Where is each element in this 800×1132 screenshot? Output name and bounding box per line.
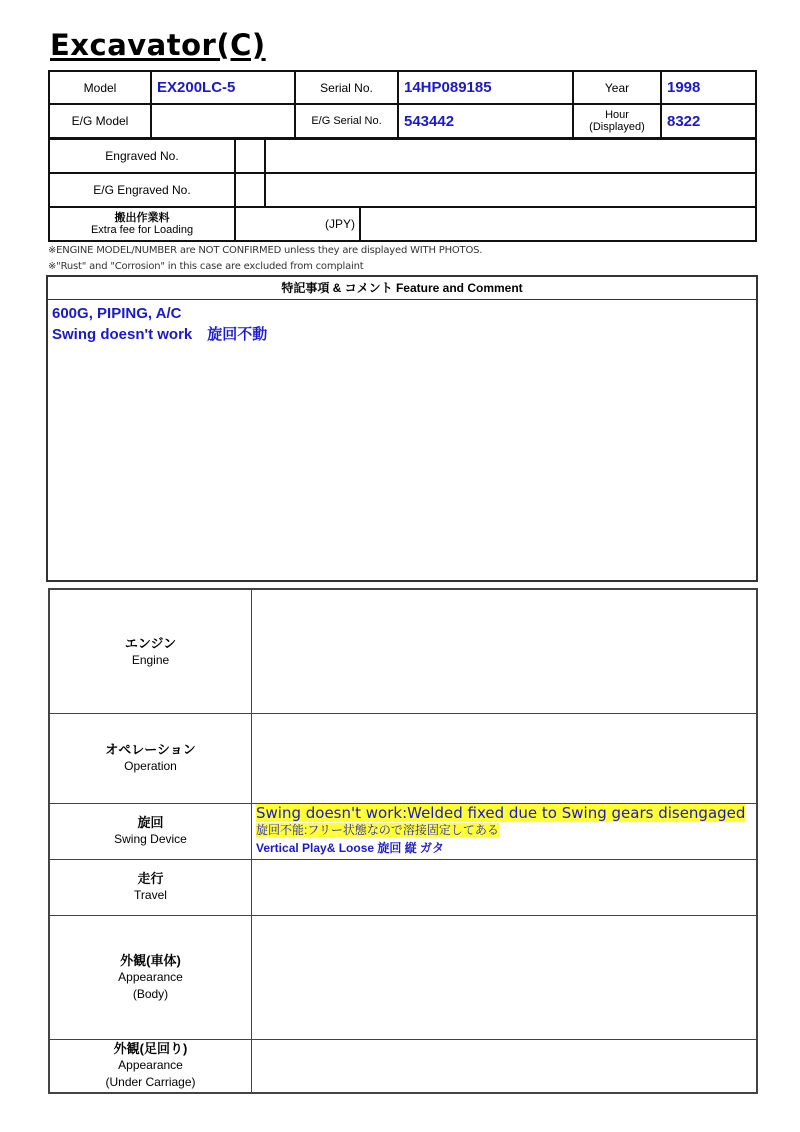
comment-line: 600G, PIPING, A/C [52,303,752,324]
swing-finding-en: Swing doesn't work:Welded fixed due to S… [256,804,745,822]
label-en: Operation [124,758,177,775]
label-jp: 外観(足回り) [114,1040,188,1057]
fee-currency: (JPY) [234,206,361,242]
serial-label: Serial No. [294,70,399,105]
eg-model-label: E/G Model [48,103,152,139]
inspection-row-swing: 旋回 Swing Device Swing doesn't work:Welde… [50,803,756,860]
inspection-row-engine: エンジン Engine [50,590,756,714]
eg-model-value [150,103,296,139]
inspection-label: エンジン Engine [50,590,252,713]
serial-value: 14HP089185 [397,70,574,105]
eg-engraved-check [234,172,266,208]
engraved-label: Engraved No. [48,138,236,174]
label-en2: (Under Carriage) [105,1074,195,1091]
hour-value: 8322 [660,103,757,139]
comment-line: Swing doesn't work 旋回不動 [52,324,752,345]
label-en: Swing Device [114,831,187,848]
label-jp: 外観(車体) [120,952,181,969]
eg-engraved-label: E/G Engraved No. [48,172,236,208]
page-title: Excavator(C) [50,28,266,62]
inspection-label: 旋回 Swing Device [50,803,252,859]
inspection-label: オペレーション Operation [50,713,252,803]
inspection-label: 外観(足回り) Appearance (Under Carriage) [50,1039,252,1092]
engraved-value [264,138,757,174]
note-engine: ※ENGINE MODEL/NUMBER are NOT CONFIRMED u… [48,245,482,256]
label-jp: 旋回 [137,814,163,831]
inspection-row-operation: オペレーション Operation [50,713,756,804]
fee-label: 搬出作業料 Extra fee for Loading [48,206,236,242]
comment-box: 特記事項 & コメント Feature and Comment 600G, PI… [46,275,758,582]
inspection-row-appearance-undercarriage: 外観(足回り) Appearance (Under Carriage) [50,1039,756,1092]
eg-serial-label: E/G Serial No. [294,103,399,139]
model-value: EX200LC-5 [150,70,296,105]
label-jp: 走行 [137,870,163,887]
comment-body: 600G, PIPING, A/C Swing doesn't work 旋回不… [48,300,756,348]
inspection-content [252,713,756,803]
inspection-content: Swing doesn't work:Welded fixed due to S… [252,803,756,859]
hour-label-line1: Hour [605,109,629,121]
swing-finding-play: Vertical Play& Loose 旋回 縦 ガタ [256,839,752,857]
inspection-row-appearance-body: 外観(車体) Appearance (Body) [50,915,756,1040]
hour-label-line2: (Displayed) [589,121,645,133]
inspection-label: 走行 Travel [50,859,252,915]
label-jp: エンジン [125,635,176,652]
inspection-table: エンジン Engine オペレーション Operation 旋回 Swing D… [48,588,758,1094]
comment-header: 特記事項 & コメント Feature and Comment [48,277,756,300]
eg-engraved-value [264,172,757,208]
inspection-row-travel: 走行 Travel [50,859,756,916]
swing-finding-jp: 旋回不能:フリー状態なので溶接固定してある [256,823,499,837]
year-label: Year [572,70,662,105]
year-value: 1998 [660,70,757,105]
inspection-content [252,915,756,1039]
inspection-label: 外観(車体) Appearance (Body) [50,915,252,1039]
label-en2: (Body) [133,986,168,1003]
engraved-check [234,138,266,174]
model-label: Model [48,70,152,105]
label-en: Travel [134,887,167,904]
fee-label-jp: 搬出作業料 [115,212,170,224]
fee-label-en: Extra fee for Loading [91,224,193,236]
label-en: Engine [132,652,169,669]
inspection-content [252,590,756,713]
note-rust: ※"Rust" and "Corrosion" in this case are… [48,261,363,272]
label-jp: オペレーション [105,741,195,758]
fee-value [359,206,757,242]
label-en: Appearance [118,969,183,986]
inspection-content [252,859,756,915]
inspection-content [252,1039,756,1092]
label-en: Appearance [118,1057,183,1074]
hour-label: Hour (Displayed) [572,103,662,139]
eg-serial-value: 543442 [397,103,574,139]
